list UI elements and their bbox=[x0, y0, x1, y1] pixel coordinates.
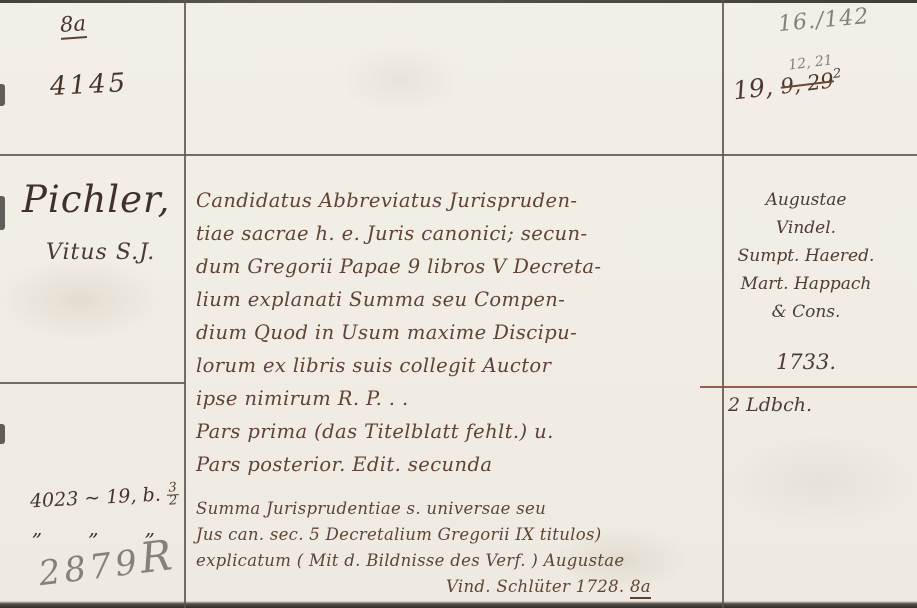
left-edge-mark bbox=[0, 196, 5, 230]
imprint-place-line: Augustae bbox=[700, 186, 912, 214]
fraction-denominator: 2 bbox=[167, 495, 180, 508]
vertical-rule-left bbox=[184, 0, 186, 608]
author-forename: Vitus S.J. bbox=[46, 240, 155, 265]
shelfmark-prefix: 19, bbox=[731, 72, 774, 106]
title-line: ipse nimirum R. P. . . bbox=[196, 382, 721, 415]
title-line: Candidatus Abbreviatus Jurispruden- bbox=[196, 184, 721, 217]
footer-number-text: 4023 ~ 19, b. bbox=[29, 484, 161, 513]
second-entry-line: explicatum ( Mit d. Bildnisse des Verf. … bbox=[196, 548, 736, 574]
title-line: lorum ex libris suis collegit Auctor bbox=[196, 349, 721, 382]
second-entry-line: Summa Jurisprudentiae s. universae seu bbox=[196, 496, 736, 522]
imprint-publisher-line: Mart. Happach bbox=[700, 270, 912, 298]
second-entry-imprint: Vind. Schlüter 1728. bbox=[446, 577, 624, 596]
second-entry-block: Summa Jurisprudentiae s. universae seu J… bbox=[196, 496, 736, 600]
imprint-year: 1733. bbox=[700, 350, 912, 374]
shelfmark-superscript: 2 bbox=[832, 66, 842, 82]
imprint-block: Augustae Vindel. Sumpt. Haered. Mart. Ha… bbox=[700, 186, 912, 326]
left-edge-mark bbox=[0, 84, 5, 106]
ditto-mark: „ bbox=[32, 516, 42, 540]
format-mark-text: 8a bbox=[59, 11, 87, 40]
shelfmark-struck: 9, 29 bbox=[779, 68, 835, 98]
pencil-shelf-letter: R bbox=[137, 530, 178, 583]
second-entry-line: Vind. Schlüter 1728. 8a bbox=[196, 574, 736, 600]
footer-number-line: 4023 ~ 19, b. 32 bbox=[29, 482, 179, 515]
catalog-card: 8a 4145 16./142 12, 21 19, 9, 292 Pichle… bbox=[0, 0, 917, 608]
volumes-note: 2 Ldbch. bbox=[728, 394, 812, 416]
title-line: Pars posterior. Edit. secunda bbox=[196, 448, 721, 481]
second-entry-line: Jus can. sec. 5 Decretalium Gregorii IX … bbox=[196, 522, 736, 548]
format-mark: 8a bbox=[59, 11, 87, 37]
shelfmark: 12, 21 19, 9, 292 bbox=[730, 51, 844, 105]
ditto-mark: „ bbox=[88, 516, 98, 540]
pencil-number: 16./142 bbox=[777, 4, 870, 37]
title-line: dum Gregorii Papae 9 libros V Decreta- bbox=[196, 250, 721, 283]
title-block: Candidatus Abbreviatus Jurispruden- tiae… bbox=[196, 184, 721, 481]
left-edge-mark bbox=[0, 424, 5, 444]
card-top-edge bbox=[0, 0, 917, 3]
imprint-publisher-line: & Cons. bbox=[700, 298, 912, 326]
imprint-place-line: Vindel. bbox=[700, 214, 912, 242]
accession-number: 4145 bbox=[49, 68, 129, 102]
title-line: Pars prima (das Titelblatt fehlt.) u. bbox=[196, 415, 721, 448]
second-entry-format: 8a bbox=[630, 577, 651, 599]
author-surname: Pichler, bbox=[22, 178, 170, 221]
horizontal-rule-author-cell bbox=[0, 382, 185, 384]
title-line: tiae sacrae h. e. Juris canonici; secun- bbox=[196, 217, 721, 250]
horizontal-rule-header bbox=[0, 154, 917, 156]
footer-fraction: 32 bbox=[166, 482, 180, 508]
horizontal-rule-imprint-cell bbox=[700, 386, 917, 388]
title-line: dium Quod in Usum maxime Discipu- bbox=[196, 316, 721, 349]
title-line: lium explanati Summa seu Compen- bbox=[196, 283, 721, 316]
imprint-publisher-line: Sumpt. Haered. bbox=[700, 242, 912, 270]
card-bottom-edge bbox=[0, 601, 917, 608]
pencil-shelf-digits: 2879 bbox=[37, 542, 144, 594]
